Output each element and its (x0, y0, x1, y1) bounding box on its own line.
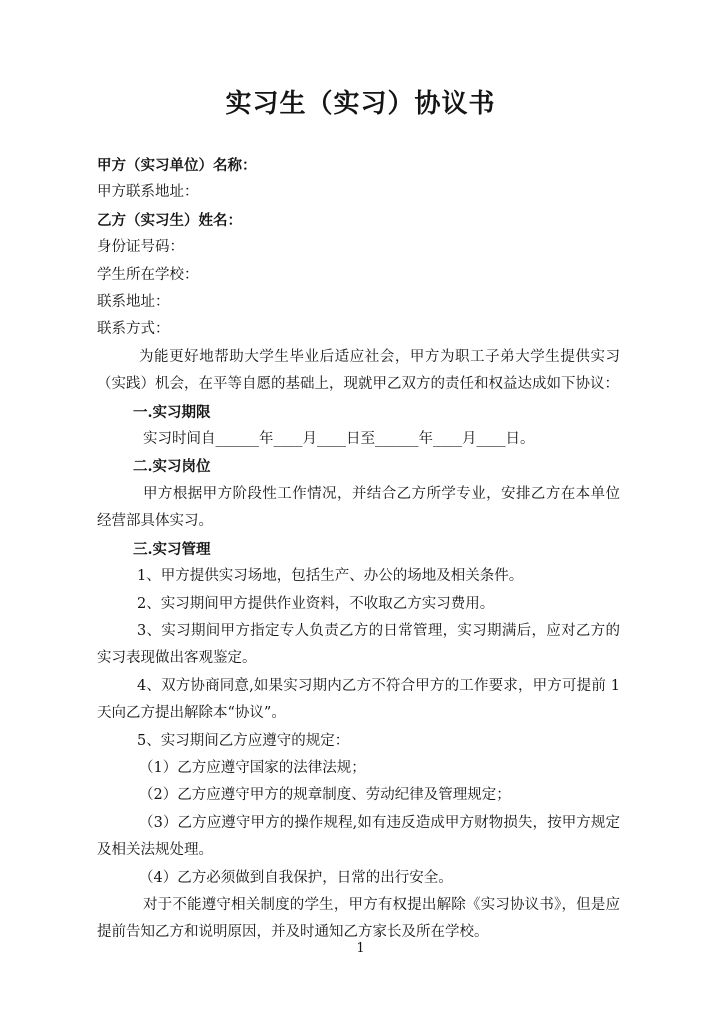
section-heading-3: 三.实习管理 (97, 536, 620, 563)
document-body: 甲方（实习单位）名称： 甲方联系地址： 乙方（实习生）姓名： 身份证号码： 学生… (97, 152, 620, 947)
clause-item-5-sub-1: （1）乙方应遵守国家的法律法规； (97, 755, 620, 782)
section-heading-1: 一.实习期限 (97, 399, 620, 426)
field-party-b-name: 乙方（实习生）姓名： (97, 207, 620, 234)
internship-period-blanks: 实习时间自______年____月____日至______年____月____日… (97, 426, 620, 453)
clause-item-3: 3、实习期间甲方指定专人负责乙方的日常管理，实习期满后，应对乙方的实习表现做出客… (97, 618, 620, 673)
field-student-school: 学生所在学校： (97, 262, 620, 289)
termination-paragraph: 对于不能遵守相关制度的学生，甲方有权提出解除《实习协议书》，但是应提前告知乙方和… (97, 892, 620, 947)
clause-item-1: 1、甲方提供实习场地，包括生产、办公的场地及相关条件。 (97, 563, 620, 590)
clause-item-2: 2、实习期间甲方提供作业资料，不收取乙方实习费用。 (97, 591, 620, 618)
clause-item-4: 4、双方协商同意,如果实习期内乙方不符合甲方的工作要求，甲方可提前 1 天向乙方… (97, 673, 620, 728)
clause-item-5-sub-4: （4）乙方必须做到自我保护，日常的出行安全。 (97, 865, 620, 892)
document-page: 实习生（实习）协议书 甲方（实习单位）名称： 甲方联系地址： 乙方（实习生）姓名… (0, 0, 721, 1020)
field-id-number: 身份证号码： (97, 234, 620, 261)
clause-item-5: 5、实习期间乙方应遵守的规定： (97, 728, 620, 755)
field-party-a-address: 甲方联系地址： (97, 179, 620, 206)
page-number: 1 (0, 941, 721, 956)
preamble-paragraph: 为能更好地帮助大学生毕业后适应社会，甲方为职工子弟大学生提供实习（实践）机会，在… (97, 344, 620, 399)
clause-item-5-sub-3: （3）乙方应遵守甲方的操作规程,如有违反造成甲方财物损失，按甲方规定及相关法规处… (97, 810, 620, 865)
field-party-a-name: 甲方（实习单位）名称： (97, 152, 620, 179)
field-contact-address: 联系地址： (97, 289, 620, 316)
internship-post-paragraph: 甲方根据甲方阶段性工作情况，并结合乙方所学专业，安排乙方在本单位经营部具体实习。 (97, 481, 620, 536)
field-contact-method: 联系方式： (97, 316, 620, 343)
section-heading-2: 二.实习岗位 (97, 453, 620, 480)
document-title: 实习生（实习）协议书 (0, 0, 721, 122)
clause-item-5-sub-2: （2）乙方应遵守甲方的规章制度、劳动纪律及管理规定； (97, 782, 620, 809)
